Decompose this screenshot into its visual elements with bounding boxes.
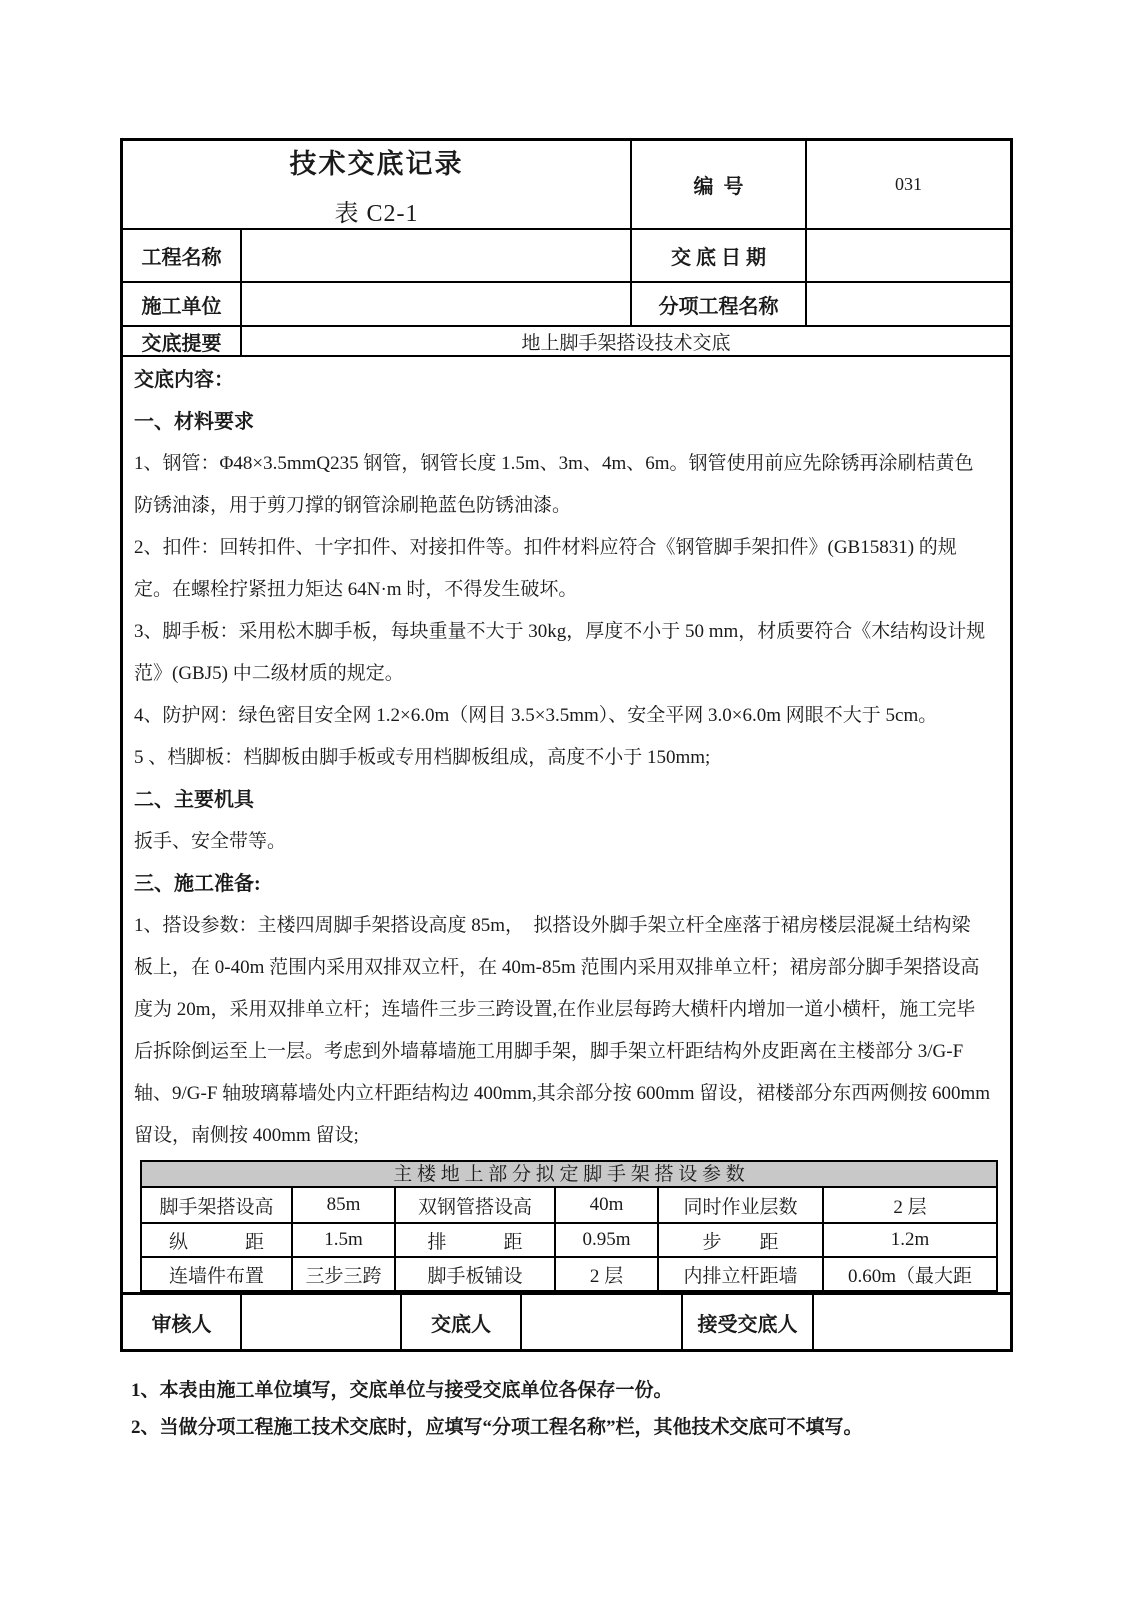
subproject-name-label: 分项工程名称 xyxy=(630,283,805,325)
section-heading-tools: 二、主要机具 xyxy=(134,779,1002,821)
param-label-step-spacing: 步 距 xyxy=(657,1224,822,1256)
content-line: 范》(GBJ5) 中二级材质的规定。 xyxy=(134,653,1002,695)
param-value-row-spacing: 0.95m xyxy=(554,1224,657,1256)
project-name-row: 工程名称 交 底 日 期 xyxy=(123,230,1010,283)
param-label-row-spacing: 排 距 xyxy=(394,1224,554,1256)
summary-value: 地上脚手架搭设技术交底 xyxy=(240,327,1010,355)
form-number-title: 表 C2-1 xyxy=(335,193,419,228)
summary-row: 交底提要 地上脚手架搭设技术交底 xyxy=(123,327,1010,357)
doc-number-label: 编 号 xyxy=(630,141,805,228)
param-label-scaffold-height: 脚手架搭设高 xyxy=(142,1188,291,1222)
section-heading-materials: 一、材料要求 xyxy=(134,401,1002,443)
param-label-double-tube-height: 双钢管搭设高 xyxy=(394,1188,554,1222)
param-value-working-layers: 2 层 xyxy=(822,1188,996,1222)
content-text: 交底内容： 一、材料要求 1、钢管：Φ48×3.5mmQ235 钢管，钢管长度 … xyxy=(123,357,1010,1157)
param-value-step-spacing: 1.2m xyxy=(822,1224,996,1256)
param-label-working-layers: 同时作业层数 xyxy=(657,1188,822,1222)
param-value-wall-tie-layout: 三步三跨 xyxy=(291,1258,394,1290)
construction-unit-label: 施工单位 xyxy=(123,283,240,325)
footnote-1: 1、本表由施工单位填写，交底单位与接受交底单位各保存一份。 xyxy=(131,1372,1011,1409)
params-table-title: 主 楼 地 上 部 分 拟 定 脚 手 架 搭 设 参 数 xyxy=(142,1162,996,1188)
param-value-scaffold-height: 85m xyxy=(291,1188,394,1222)
discloser-field xyxy=(520,1295,681,1349)
project-name-field xyxy=(240,230,630,281)
content-line: 后拆除倒运至上一层。考虑到外墙幕墙施工用脚手架，脚手架立杆距结构外皮距离在主楼部… xyxy=(134,1031,1002,1073)
footnote-2: 2、当做分项工程施工技术交底时，应填写“分项工程名称”栏，其他技术交底可不填写。 xyxy=(131,1409,1011,1446)
scaffold-params-table: 主 楼 地 上 部 分 拟 定 脚 手 架 搭 设 参 数 脚手架搭设高 85m… xyxy=(140,1160,998,1292)
disclosure-date-field xyxy=(805,230,1010,281)
content-line: 1、搭设参数：主楼四周脚手架搭设高度 85m， 拟搭设外脚手架立杆全座落于裙房楼… xyxy=(134,905,1002,947)
reviewer-field xyxy=(240,1295,400,1349)
content-line: 4、防护网：绿色密目安全网 1.2×6.0m（网目 3.5×3.5mm）、安全平… xyxy=(134,695,1002,737)
param-value-plank-laying: 2 层 xyxy=(554,1258,657,1290)
content-line: 5 、档脚板：档脚板由脚手板或专用档脚板组成，高度不小于 150mm; xyxy=(134,737,1002,779)
content-heading: 交底内容： xyxy=(134,359,1002,401)
content-line: 1、钢管：Φ48×3.5mmQ235 钢管，钢管长度 1.5m、3m、4m、6m… xyxy=(134,443,1002,485)
table-row: 纵 距 1.5m 排 距 0.95m 步 距 1.2m xyxy=(142,1222,996,1256)
form-title-cell: 技术交底记录 表 C2-1 xyxy=(123,141,630,228)
disclosure-date-label: 交 底 日 期 xyxy=(630,230,805,281)
project-name-label: 工程名称 xyxy=(123,230,240,281)
content-line: 扳手、安全带等。 xyxy=(134,821,1002,863)
form-header-row: 技术交底记录 表 C2-1 编 号 031 xyxy=(123,141,1010,230)
content-line: 3、脚手板：采用松木脚手板，每块重量不大于 30kg，厚度不小于 50 mm，材… xyxy=(134,611,1002,653)
content-line: 度为 20m，采用双排单立杆；连墙件三步三跨设置,在作业层每跨大横杆内增加一道小… xyxy=(134,989,1002,1031)
construction-unit-row: 施工单位 分项工程名称 xyxy=(123,283,1010,327)
content-line: 防锈油漆，用于剪刀撑的钢管涂刷艳蓝色防锈油漆。 xyxy=(134,485,1002,527)
reviewer-label: 审核人 xyxy=(123,1295,240,1349)
content-line: 定。在螺栓拧紧扭力矩达 64N·m 时，不得发生破坏。 xyxy=(134,569,1002,611)
footnotes: 1、本表由施工单位填写，交底单位与接受交底单位各保存一份。 2、当做分项工程施工… xyxy=(131,1372,1011,1446)
form-title: 技术交底记录 xyxy=(290,142,464,181)
receiver-label: 接受交底人 xyxy=(681,1295,812,1349)
discloser-label: 交底人 xyxy=(400,1295,520,1349)
disclosure-form-table: 技术交底记录 表 C2-1 编 号 031 工程名称 交 底 日 期 施工单位 … xyxy=(120,138,1013,1352)
param-value-longitudinal-spacing: 1.5m xyxy=(291,1224,394,1256)
summary-label: 交底提要 xyxy=(123,327,240,355)
content-line: 2、扣件：回转扣件、十字扣件、对接扣件等。扣件材料应符合《钢管脚手架扣件》(GB… xyxy=(134,527,1002,569)
table-row: 连墙件布置 三步三跨 脚手板铺设 2 层 内排立杆距墙 0.60m（最大距 xyxy=(142,1256,996,1290)
doc-number-value: 031 xyxy=(805,141,1010,228)
param-label-plank-laying: 脚手板铺设 xyxy=(394,1258,554,1290)
subproject-name-field xyxy=(805,283,1010,325)
table-row: 脚手架搭设高 85m 双钢管搭设高 40m 同时作业层数 2 层 xyxy=(142,1188,996,1222)
disclosure-content-cell: 交底内容： 一、材料要求 1、钢管：Φ48×3.5mmQ235 钢管，钢管长度 … xyxy=(123,357,1010,1295)
section-heading-preparation: 三、施工准备: xyxy=(134,863,1002,905)
document-page: 技术交底记录 表 C2-1 编 号 031 工程名称 交 底 日 期 施工单位 … xyxy=(0,0,1131,1600)
construction-unit-field xyxy=(240,283,630,325)
param-label-longitudinal-spacing: 纵 距 xyxy=(142,1224,291,1256)
content-line: 留设，南侧按 400mm 留设; xyxy=(134,1115,1002,1157)
param-value-double-tube-height: 40m xyxy=(554,1188,657,1222)
content-line: 轴、9/G-F 轴玻璃幕墙处内立杆距结构边 400mm,其余部分按 600mm … xyxy=(134,1073,1002,1115)
receiver-field xyxy=(812,1295,1010,1349)
signature-row: 审核人 交底人 接受交底人 xyxy=(123,1295,1010,1349)
param-label-inner-pole-to-wall: 内排立杆距墙 xyxy=(657,1258,822,1290)
param-value-inner-pole-to-wall: 0.60m（最大距 xyxy=(822,1258,996,1290)
content-line: 板上，在 0-40m 范围内采用双排双立杆，在 40m-85m 范围内采用双排单… xyxy=(134,947,1002,989)
param-label-wall-tie-layout: 连墙件布置 xyxy=(142,1258,291,1290)
